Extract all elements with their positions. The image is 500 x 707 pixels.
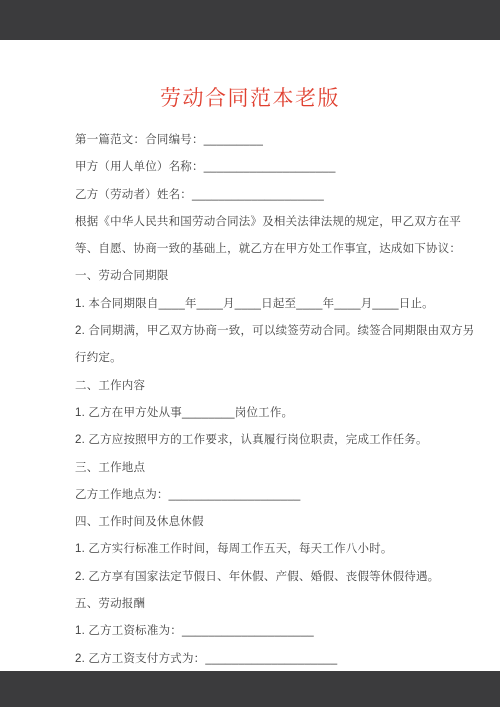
contract-line: 1. 本合同期限自____年____月____日起至____年____月____… xyxy=(75,291,445,318)
contract-line: 第一篇范文：合同编号：_________ xyxy=(75,127,445,154)
contract-line: 五、劳动报酬 xyxy=(75,591,445,618)
contract-line: 四、工作时间及休息休假 xyxy=(75,509,445,536)
contract-line: 乙方工作地点为：____________________ xyxy=(75,482,445,509)
contract-line: 2. 乙方享有国家法定节假日、年休假、产假、婚假、丧假等休假待遇。 xyxy=(75,564,445,591)
contract-line: 乙方（劳动者）姓名：____________________ xyxy=(75,182,445,209)
contract-line: 一、劳动合同期限 xyxy=(75,263,445,290)
bottom-letterbox-bar xyxy=(0,671,500,707)
contract-line: 1. 乙方实行标准工作时间，每周工作五天，每天工作八小时。 xyxy=(75,536,445,563)
top-letterbox-bar xyxy=(0,0,500,40)
document-body: 第一篇范文：合同编号：_________甲方（用人单位）名称：_________… xyxy=(75,127,445,673)
contract-line: 甲方（用人单位）名称：____________________ xyxy=(75,154,445,181)
document-title: 劳动合同范本老版 xyxy=(0,82,500,112)
contract-line: 二、工作内容 xyxy=(75,373,445,400)
contract-line: 等、自愿、协商一致的基础上，就乙方在甲方处工作事宜，达成如下协议： xyxy=(75,236,445,263)
contract-line: 行约定。 xyxy=(75,345,445,372)
contract-line: 2. 乙方应按照甲方的工作要求，认真履行岗位职责，完成工作任务。 xyxy=(75,427,445,454)
contract-line: 根据《中华人民共和国劳动合同法》及相关法律法规的规定，甲乙双方在平 xyxy=(75,209,445,236)
document-page: 劳动合同范本老版 第一篇范文：合同编号：_________甲方（用人单位）名称：… xyxy=(0,0,500,707)
contract-line: 2. 乙方工资支付方式为：____________________ xyxy=(75,646,445,673)
contract-line: 2. 合同期满，甲乙双方协商一致，可以续签劳动合同。续签合同期限由双方另 xyxy=(75,318,445,345)
contract-line: 三、工作地点 xyxy=(75,455,445,482)
contract-line: 1. 乙方工资标准为：____________________ xyxy=(75,618,445,645)
contract-line: 1. 乙方在甲方处从事________岗位工作。 xyxy=(75,400,445,427)
